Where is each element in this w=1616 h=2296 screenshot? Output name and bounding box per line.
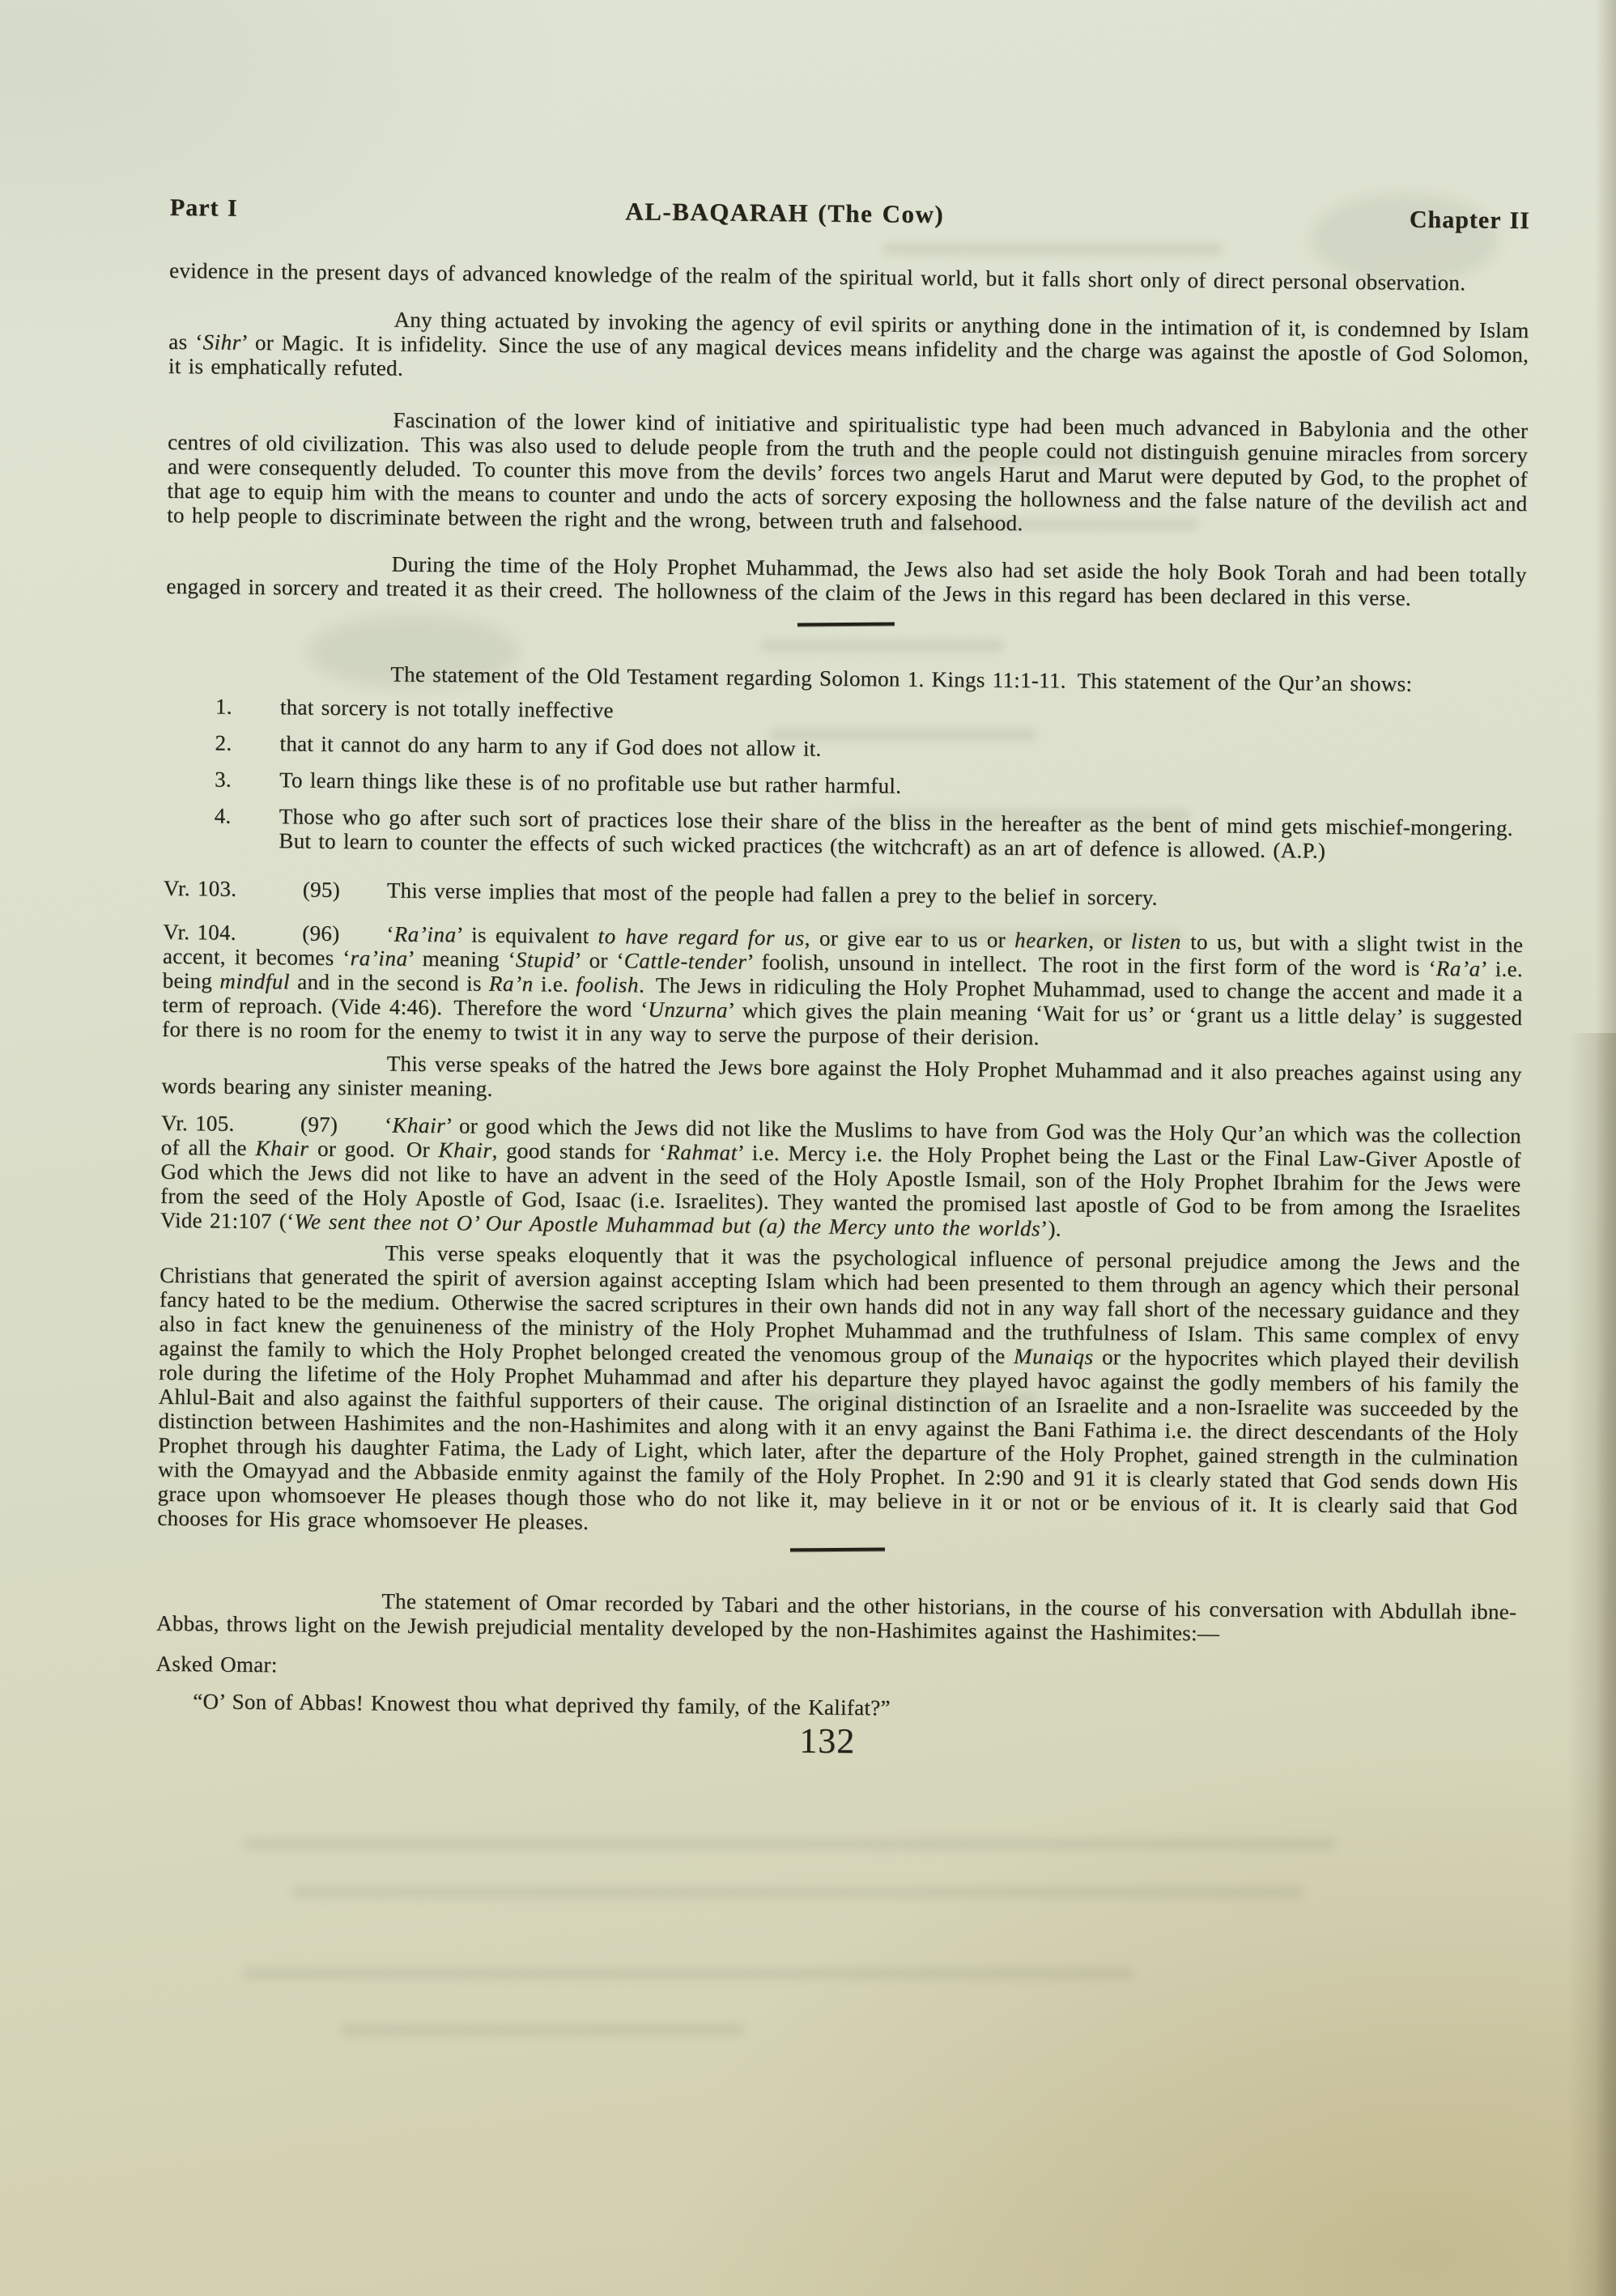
- paragraph: This verse speaks eloquently that it was…: [157, 1239, 1520, 1543]
- page-curl-shadow: [1567, 1033, 1616, 2296]
- bleed-through-smudge: [340, 2024, 745, 2036]
- list-item-text: To learn things like these is of no prof…: [279, 767, 901, 797]
- list-item: 3.To learn things like these is of no pr…: [164, 767, 1525, 804]
- verse-number: (97): [300, 1112, 385, 1137]
- list-item: 4.Those who go after such sort of practi…: [164, 803, 1524, 865]
- section-divider: [797, 623, 895, 627]
- paragraph: Fascination of the lower kind of initiat…: [167, 406, 1528, 540]
- bleed-through-smudge: [291, 1886, 1303, 1898]
- section-divider: [789, 1547, 884, 1551]
- verse-label: Vr. 103.: [164, 876, 303, 902]
- list-item-number: 3.: [215, 767, 279, 792]
- speaker-label: Asked Omar:: [155, 1652, 1516, 1689]
- page-header: Part I AL-BAQARAH (The Cow) Chapter II: [170, 193, 1530, 236]
- page-title: AL-BAQARAH (The Cow): [199, 193, 1371, 233]
- paragraph: The statement of Omar recorded by Tabari…: [156, 1587, 1516, 1648]
- bleed-through-smudge: [243, 1967, 1133, 1979]
- list-item-number: 1.: [215, 695, 280, 720]
- chapter-label: Chapter II: [1410, 206, 1530, 236]
- bleed-through-smudge: [243, 1838, 1336, 1850]
- verse-number: (95): [303, 878, 387, 903]
- page-number: 132: [147, 1723, 1508, 1760]
- verse-label: Vr. 105.: [161, 1111, 300, 1137]
- verse-note: Vr. 104.(96)‘Ra’ina’ is equivalent to ha…: [162, 920, 1523, 1054]
- page-content: Part I AL-BAQARAH (The Cow) Chapter II e…: [155, 193, 1530, 1760]
- verse-note: Vr. 105.(97)‘Khair’ or good which the Je…: [160, 1111, 1521, 1245]
- verse-label: Vr. 104.: [163, 920, 302, 946]
- verse-text: This verse implies that most of the peop…: [387, 878, 1158, 910]
- paragraph: During the time of the Holy Prophet Muha…: [166, 550, 1526, 611]
- list-item: 2.that it cannot do any harm to any if G…: [164, 730, 1525, 767]
- numbered-list: 1.that sorcery is not totally ineffectiv…: [164, 694, 1525, 865]
- list-item-number: 2.: [215, 731, 279, 756]
- list-item-text: that it cannot do any harm to any if God…: [279, 731, 821, 760]
- paragraph: Any thing actuated by invoking the agenc…: [168, 305, 1529, 391]
- list-item: 1.that sorcery is not totally ineffectiv…: [165, 694, 1525, 731]
- list-item-text: that sorcery is not totally ineffective: [280, 695, 614, 722]
- verse-note: Vr. 103.(95)This verse implies that most…: [164, 876, 1524, 913]
- paragraph: This verse speaks of the hatred the Jews…: [161, 1049, 1521, 1111]
- paragraph-continuation: evidence in the present days of advanced…: [169, 258, 1529, 296]
- verse-number: (96): [302, 921, 386, 946]
- list-item-number: 4.: [215, 803, 279, 828]
- scanned-book-page: Part I AL-BAQARAH (The Cow) Chapter II e…: [0, 0, 1616, 2296]
- paragraph: The statement of the Old Testament regar…: [165, 660, 1525, 697]
- list-item-text: Those who go after such sort of practice…: [279, 804, 1525, 862]
